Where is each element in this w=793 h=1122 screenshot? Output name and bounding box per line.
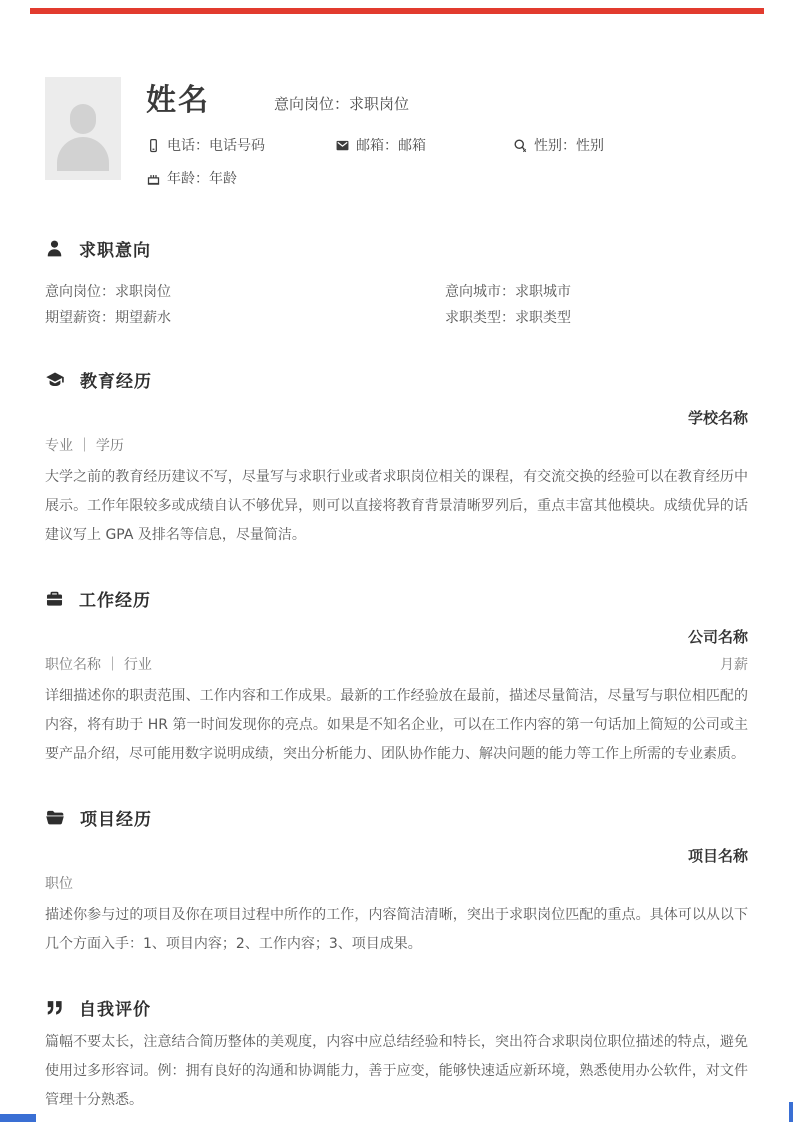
resume-header: 姓名 意向岗位：求职岗位 电话：电话号码 [45, 77, 748, 188]
folder-open-icon [45, 808, 65, 828]
self-eval-title: 自我评价 [79, 995, 151, 1020]
job-intent-title: 求职意向 [79, 236, 151, 261]
section-project: 项目经历 项目名称 职位 描述你参与过的项目及你在项目过程中所作的工作，内容简洁… [45, 805, 748, 959]
project-role: 职位 [45, 873, 73, 893]
job-intent-row: 期望薪资：期望薪水 求职类型：求职类型 [45, 305, 748, 331]
section-job-intent: 求职意向 意向岗位：求职岗位 意向城市：求职城市 期望薪资：期望薪水 求职类型：… [45, 236, 748, 331]
project-description: 描述你参与过的项目及你在项目过程中所作的工作，内容简洁清晰，突出于求职岗位匹配的… [45, 901, 748, 959]
contact-phone: 电话：电话号码 [146, 135, 335, 155]
work-title: 工作经历 [79, 586, 151, 611]
job-intent-rows: 意向岗位：求职岗位 意向城市：求职城市 期望薪资：期望薪水 求职类型：求职类型 [45, 279, 748, 331]
project-name: 项目名称 [45, 845, 748, 866]
contact-gender: 性别：性别 [513, 135, 748, 155]
name-row: 姓名 意向岗位：求职岗位 [146, 83, 748, 119]
contact-age: 年龄：年龄 [146, 168, 335, 188]
resume-page: 姓名 意向岗位：求职岗位 电话：电话号码 [0, 0, 793, 1122]
school-name: 学校名称 [45, 407, 748, 428]
education-subtitle-row: 专业 ｜ 学历 [45, 435, 748, 455]
graduation-cap-icon [45, 370, 65, 390]
user-icon [45, 239, 64, 258]
bottom-accent-bar-right [789, 1102, 793, 1122]
education-header: 教育经历 [45, 367, 748, 392]
position-industry: 职位名称 ｜ 行业 [45, 654, 152, 674]
project-title: 项目经历 [80, 805, 152, 830]
education-description: 大学之前的教育经历建议不写，尽量写与求职行业或者求职岗位相关的课程，有交流交换的… [45, 463, 748, 550]
major-degree: 专业 ｜ 学历 [45, 435, 124, 455]
work-description: 详细描述你的职责范围、工作内容和工作成果。最新的工作经验放在最前，描述尽量简洁，… [45, 682, 748, 769]
contact-age-label: 年龄：年龄 [167, 168, 237, 188]
work-header: 工作经历 [45, 586, 748, 611]
contact-gender-label: 性别：性别 [534, 135, 604, 155]
section-education: 教育经历 学校名称 专业 ｜ 学历 大学之前的教育经历建议不写，尽量写与求职行业… [45, 367, 748, 550]
contact-mail-label: 邮箱：邮箱 [356, 135, 426, 155]
job-intent-header: 求职意向 [45, 236, 748, 261]
intent-position: 意向岗位：求职岗位 [274, 93, 409, 114]
contact-grid: 电话：电话号码 邮箱：邮箱 [146, 135, 748, 188]
bottom-accent-bar-left [0, 1114, 36, 1122]
header-info: 姓名 意向岗位：求职岗位 电话：电话号码 [146, 77, 748, 188]
resume-content: 姓名 意向岗位：求职岗位 电话：电话号码 [0, 0, 793, 1115]
avatar-head-shape [70, 104, 96, 134]
age-icon [146, 171, 161, 186]
section-work: 工作经历 公司名称 职位名称 ｜ 行业 月薪 详细描述你的职责范围、工作内容和工… [45, 586, 748, 769]
monthly-salary: 月薪 [720, 654, 748, 674]
self-eval-description: 篇幅不要太长，注意结合简历整体的美观度，内容中应总结经验和特长，突出符合求职岗位… [45, 1028, 748, 1115]
resume-sections: 求职意向 意向岗位：求职岗位 意向城市：求职城市 期望薪资：期望薪水 求职类型：… [45, 236, 748, 1115]
company-name: 公司名称 [45, 626, 748, 647]
top-accent-bar [30, 8, 764, 14]
intent-city-field: 意向城市：求职城市 [445, 279, 748, 305]
project-subtitle-row: 职位 [45, 873, 748, 893]
briefcase-icon [45, 589, 64, 608]
education-title: 教育经历 [80, 367, 152, 392]
contact-phone-label: 电话：电话号码 [167, 135, 265, 155]
intent-salary-field: 期望薪资：期望薪水 [45, 305, 445, 331]
project-header: 项目经历 [45, 805, 748, 830]
avatar-body-shape [57, 137, 109, 171]
work-subtitle-row: 职位名称 ｜ 行业 月薪 [45, 654, 748, 674]
avatar [45, 77, 121, 180]
intent-position-field: 意向岗位：求职岗位 [45, 279, 445, 305]
phone-icon [146, 138, 161, 153]
quote-icon [45, 998, 64, 1017]
intent-type-field: 求职类型：求职类型 [445, 305, 748, 331]
contact-mail: 邮箱：邮箱 [335, 135, 513, 155]
job-intent-row: 意向岗位：求职岗位 意向城市：求职城市 [45, 279, 748, 305]
self-eval-header: 自我评价 [45, 995, 748, 1020]
mail-icon [335, 138, 350, 153]
section-self-eval: 自我评价 篇幅不要太长，注意结合简历整体的美观度，内容中应总结经验和特长，突出符… [45, 995, 748, 1115]
gender-icon [513, 138, 528, 153]
candidate-name: 姓名 [146, 83, 210, 119]
